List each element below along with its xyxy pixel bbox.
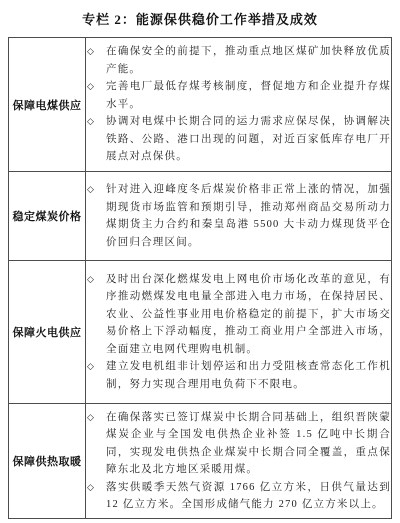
diamond-bullet-icon: ◇	[87, 113, 94, 131]
item-text: 及时出台深化燃煤发电上网电价市场化改革的意见，有序推动燃煤发电电量全部进入电力市…	[106, 274, 391, 355]
item-text: 在确保落实已签订煤炭中长期合同基础上，组织晋陕蒙煤炭企业与全国发电供热企业补签 …	[106, 412, 391, 476]
diamond-bullet-icon: ◇	[87, 181, 94, 199]
table-row: 保障火电供应 ◇ 及时出台深化燃煤发电上网电价市场化改革的意见，有序推动燃煤发电…	[9, 261, 392, 404]
row-header-coal-power-supply: 保障电煤供应	[9, 38, 86, 172]
item-text: 针对进入迎峰度冬后煤炭价格非正常上涨的情况，加强期现货市场监管和预期引导，推动郑…	[106, 184, 391, 248]
list-item: ◇ 在确保落实已签订煤炭中长期合同基础上，组织晋陕蒙煤炭企业与全国发电供热企业补…	[86, 409, 391, 479]
list-item: ◇ 建立发电机组非计划停运和出力受阻核查常态化工作机制，努力实现合理用电负荷下不…	[86, 358, 391, 393]
table-row: 稳定煤炭价格 ◇ 针对进入迎峰度冬后煤炭价格非正常上涨的情况，加强期现货市场监管…	[9, 172, 392, 261]
row-content: ◇ 在确保落实已签订煤炭中长期合同基础上，组织晋陕蒙煤炭企业与全国发电供热企业补…	[86, 404, 392, 519]
diamond-bullet-icon: ◇	[87, 43, 94, 61]
page-title: 专栏 2：能源保供稳价工作举措及成效	[0, 0, 400, 28]
row-content: ◇ 针对进入迎峰度冬后煤炭价格非正常上涨的情况，加强期现货市场监管和预期引导，推…	[86, 172, 392, 261]
list-item: ◇ 完善电厂最低存煤考核制度，督促地方和企业提升存煤水平。	[86, 78, 391, 113]
item-text: 协调对电煤中长期合同的运力需求应保尽保，协调解决铁路、公路、港口出现的问题，对近…	[106, 116, 391, 162]
list-item: ◇ 在确保安全的前提下，推动重点地区煤矿加快释放优质产能。	[86, 43, 391, 78]
document-page: 专栏 2：能源保供稳价工作举措及成效 保障电煤供应 ◇ 在确保安全的前提下，推动…	[0, 0, 400, 523]
list-item: ◇ 协调对电煤中长期合同的运力需求应保尽保，协调解决铁路、公路、港口出现的问题，…	[86, 113, 391, 166]
row-content: ◇ 在确保安全的前提下，推动重点地区煤矿加快释放优质产能。 ◇ 完善电厂最低存煤…	[86, 38, 392, 172]
item-text: 完善电厂最低存煤考核制度，督促地方和企业提升存煤水平。	[106, 81, 391, 110]
list-item: ◇ 落实供暖季天然气资源 1766 亿立方米，日供气量达到 12 亿立方米。全国…	[86, 479, 391, 514]
item-text: 在确保安全的前提下，推动重点地区煤矿加快释放优质产能。	[106, 46, 391, 75]
table-row: 保障供热取暖 ◇ 在确保落实已签订煤炭中长期合同基础上，组织晋陕蒙煤炭企业与全国…	[9, 404, 392, 519]
item-text: 落实供暖季天然气资源 1766 亿立方米，日供气量达到 12 亿立方米。全国形成…	[106, 482, 391, 511]
measures-table: 保障电煤供应 ◇ 在确保安全的前提下，推动重点地区煤矿加快释放优质产能。 ◇ 完…	[8, 37, 392, 519]
row-header-stabilize-coal-price: 稳定煤炭价格	[9, 172, 86, 261]
list-item: ◇ 针对进入迎峰度冬后煤炭价格非正常上涨的情况，加强期现货市场监管和预期引导，推…	[86, 181, 391, 251]
row-header-heating-supply: 保障供热取暖	[9, 404, 86, 519]
table-row: 保障电煤供应 ◇ 在确保安全的前提下，推动重点地区煤矿加快释放优质产能。 ◇ 完…	[9, 38, 392, 172]
diamond-bullet-icon: ◇	[87, 271, 94, 289]
row-header-thermal-power-supply: 保障火电供应	[9, 261, 86, 404]
row-content: ◇ 及时出台深化燃煤发电上网电价市场化改革的意见，有序推动燃煤发电电量全部进入电…	[86, 261, 392, 404]
diamond-bullet-icon: ◇	[87, 479, 94, 497]
diamond-bullet-icon: ◇	[87, 358, 94, 376]
list-item: ◇ 及时出台深化燃煤发电上网电价市场化改革的意见，有序推动燃煤发电电量全部进入电…	[86, 271, 391, 359]
diamond-bullet-icon: ◇	[87, 78, 94, 96]
item-text: 建立发电机组非计划停运和出力受阻核查常态化工作机制，努力实现合理用电负荷下不限电…	[106, 361, 391, 390]
diamond-bullet-icon: ◇	[87, 409, 94, 427]
